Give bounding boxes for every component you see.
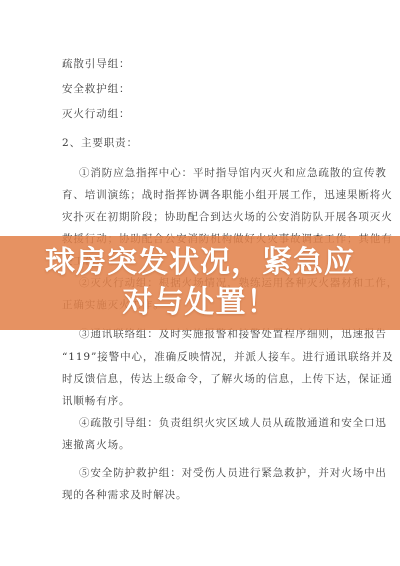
document-line: ①消防应急指挥中心：平时指导馆内灭火和应急疏散的宣传教 — [79, 166, 387, 180]
document-line: 安全救护组： — [62, 82, 130, 96]
document-line: 时反馈信息，传达上级命令，了解火场的信息，上传下达，保证通 — [62, 372, 393, 386]
document-line: 现的各种需求及时解决。 — [62, 488, 187, 502]
document-line: 灾扑灭在初期阶段；协助配合到达火场的公安消防队开展各项灭火 — [62, 210, 393, 224]
banner-title: 球房突发状况，紧急应 对与处置！ — [0, 243, 400, 323]
banner-title-line-2: 对与处置！ — [0, 283, 400, 323]
document-line: “119”接警中心，准确反映情况，并派人接车。进行通讯联络并及 — [62, 350, 394, 364]
document-line: 讯顺畅有序。 — [62, 394, 130, 408]
document-line: ④疏散引导组：负责组织火灾区域人员从疏散通道和安全口迅 — [79, 416, 387, 430]
banner-title-line-1: 球房突发状况，紧急应 — [0, 243, 400, 283]
document-line: 疏散引导组： — [62, 57, 130, 71]
document-page: 疏散引导组：安全救护组：灭火行动组：2、主要职责：①消防应急指挥中心：平时指导馆… — [0, 0, 400, 566]
document-line: ⑤安全防护救护组：对受伤人员进行紧急救护，并对火场中出 — [79, 466, 387, 480]
document-line: 灭火行动组： — [62, 107, 130, 121]
document-line: 速撤离火场。 — [62, 438, 130, 452]
document-line: 育、培训演练；战时指挥协调各职能小组开展工作，迅速果断将火 — [62, 188, 393, 202]
document-line: 2、主要职责： — [62, 136, 138, 150]
